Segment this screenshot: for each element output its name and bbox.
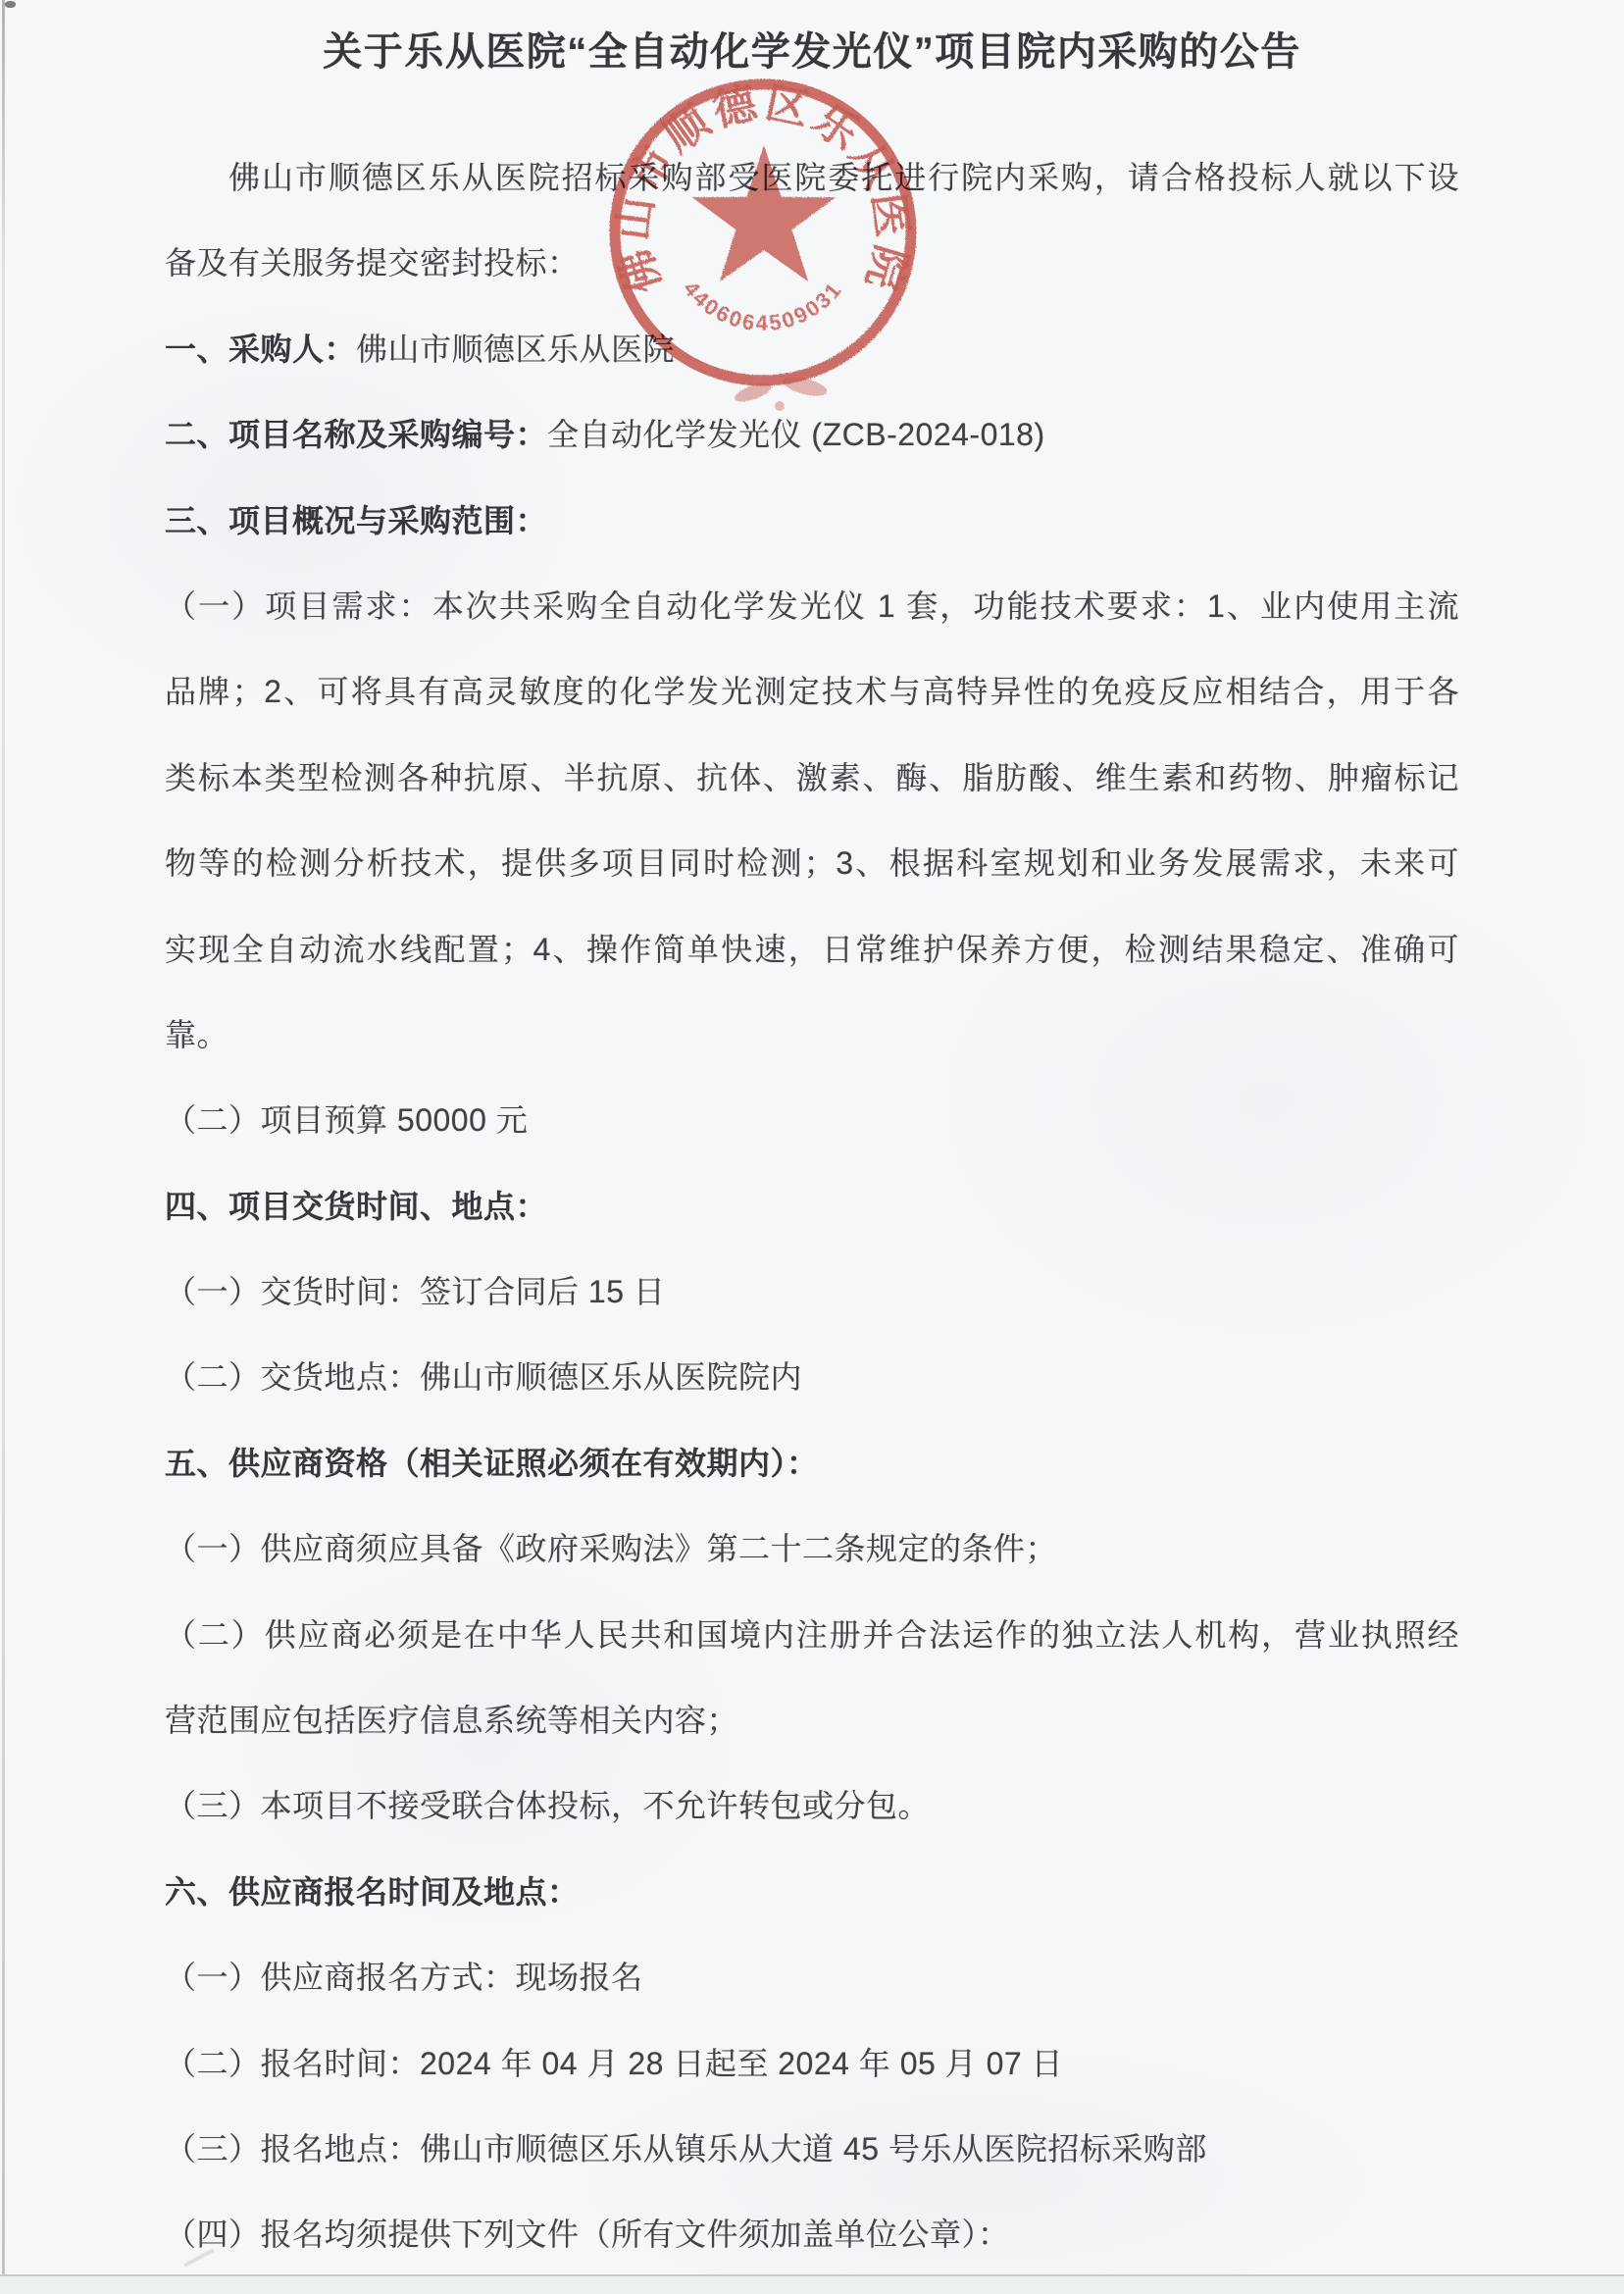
document-body: 佛山市顺德区乐从医院招标采购部受医院委托进行院内采购，请合格投标人就以下设备及有… xyxy=(165,135,1459,2278)
line-text: 实现全自动流水线配置；4、操作简单快速，日常维护保养方便，检测结果稳定、准确可 xyxy=(165,932,1459,967)
line-text: 靠。 xyxy=(165,1017,228,1052)
text-line: 营范围应包括医疗信息系统等相关内容； xyxy=(165,1678,1459,1763)
scan-edge-line xyxy=(2,0,5,2294)
line-label: 四、项目交货时间、地点： xyxy=(165,1189,547,1224)
scan-bottom-band xyxy=(0,2274,1624,2294)
text-line: （三）报名地点：佛山市顺德区乐从镇乐从大道 45 号乐从医院招标采购部 xyxy=(165,2107,1459,2192)
document-lines: 佛山市顺德区乐从医院招标采购部受医院委托进行院内采购，请合格投标人就以下设备及有… xyxy=(165,135,1459,2278)
text-line: （二）报名时间：2024 年 04 月 28 日起至 2024 年 05 月 0… xyxy=(165,2021,1459,2107)
text-line: 实现全自动流水线配置；4、操作简单快速，日常维护保养方便，检测结果稳定、准确可 xyxy=(165,907,1459,993)
text-line: （一）供应商报名方式：现场报名 xyxy=(165,1935,1459,2020)
line-label: 五、供应商资格（相关证照必须在有效期内）： xyxy=(165,1446,819,1481)
text-line: 三、项目概况与采购范围： xyxy=(165,479,1459,564)
text-line: （二）交货地点：佛山市顺德区乐从医院院内 xyxy=(165,1335,1459,1420)
line-text: （四）报名均须提供下列文件（所有文件须加盖单位公章）： xyxy=(165,2217,1010,2252)
line-text: （一）供应商须应具备《政府采购法》第二十二条规定的条件； xyxy=(165,1531,1057,1566)
seal-code: 4406064509031 xyxy=(679,277,847,335)
line-text: （一）项目需求：本次共采购全自动化学发光仪 1 套，功能技术要求：1、业内使用主… xyxy=(165,588,1459,624)
text-line: （四）报名均须提供下列文件（所有文件须加盖单位公章）： xyxy=(165,2192,1459,2277)
text-line: 四、项目交货时间、地点： xyxy=(165,1164,1459,1249)
line-label: 一、采购人： xyxy=(165,331,356,367)
line-text: 营范围应包括医疗信息系统等相关内容； xyxy=(165,1703,738,1738)
scanned-document-page: { "page": { "background": "#f6f7f9", "te… xyxy=(0,0,1624,2294)
text-line: 类标本类型检测各种抗原、半抗原、抗体、激素、酶、脂肪酸、维生素和药物、肿瘤标记 xyxy=(165,736,1459,821)
line-text: 物等的检测分析技术，提供多项目同时检测；3、根据科室规划和业务发展需求，未来可 xyxy=(165,845,1459,881)
text-line: 五、供应商资格（相关证照必须在有效期内）： xyxy=(165,1421,1459,1506)
text-line: （一）交货时间：签订合同后 15 日 xyxy=(165,1249,1459,1335)
text-line: （一）项目需求：本次共采购全自动化学发光仪 1 套，功能技术要求：1、业内使用主… xyxy=(165,564,1459,649)
line-text: （三）报名地点：佛山市顺德区乐从镇乐从大道 45 号乐从医院招标采购部 xyxy=(165,2131,1207,2167)
text-line: （一）供应商须应具备《政府采购法》第二十二条规定的条件； xyxy=(165,1506,1459,1592)
text-line: （二）项目预算 50000 元 xyxy=(165,1078,1459,1163)
line-text: 品牌；2、可将具有高灵敏度的化学发光测定技术与高特异性的免疫反应相结合，用于各 xyxy=(165,674,1459,709)
line-text: （二）交货地点：佛山市顺德区乐从医院院内 xyxy=(165,1359,802,1395)
seal-smudge xyxy=(775,401,785,411)
text-line: 六、供应商报名时间及地点： xyxy=(165,1850,1459,1935)
line-text: （二）项目预算 50000 元 xyxy=(165,1102,528,1138)
text-line: （三）本项目不接受联合体投标，不允许转包或分包。 xyxy=(165,1763,1459,1849)
line-text: （二）供应商必须是在中华人民共和国境内注册并合法运作的独立法人机构，营业执照经 xyxy=(165,1617,1459,1653)
line-text: （二）报名时间：2024 年 04 月 28 日起至 2024 年 05 月 0… xyxy=(165,2046,1063,2081)
line-text: 备及有关服务提交密封投标： xyxy=(165,245,580,280)
line-label: 二、项目名称及采购编号： xyxy=(165,417,547,452)
line-text: （三）本项目不接受联合体投标，不允许转包或分包。 xyxy=(165,1788,930,1823)
text-line: 靠。 xyxy=(165,993,1459,1078)
text-line: （二）供应商必须是在中华人民共和国境内注册并合法运作的独立法人机构，营业执照经 xyxy=(165,1593,1459,1678)
scan-corner-mark xyxy=(5,1,16,8)
svg-text:4406064509031: 4406064509031 xyxy=(679,277,847,335)
line-text: （一）供应商报名方式：现场报名 xyxy=(165,1960,643,1995)
line-text: 全自动化学发光仪 (ZCB-2024-018) xyxy=(547,417,1045,452)
text-line: 品牌；2、可将具有高灵敏度的化学发光测定技术与高特异性的免疫反应相结合，用于各 xyxy=(165,649,1459,735)
text-line: 物等的检测分析技术，提供多项目同时检测；3、根据科室规划和业务发展需求，未来可 xyxy=(165,821,1459,906)
seal-star-icon xyxy=(692,145,836,281)
line-text: （一）交货时间：签订合同后 15 日 xyxy=(165,1274,665,1309)
line-label: 三、项目概况与采购范围： xyxy=(165,503,547,538)
line-label: 六、供应商报名时间及地点： xyxy=(165,1874,580,1910)
official-seal: 佛山市顺德区乐从医院 4406064509031 xyxy=(591,69,935,412)
line-text: 类标本类型检测各种抗原、半抗原、抗体、激素、酶、脂肪酸、维生素和药物、肿瘤标记 xyxy=(165,760,1459,795)
